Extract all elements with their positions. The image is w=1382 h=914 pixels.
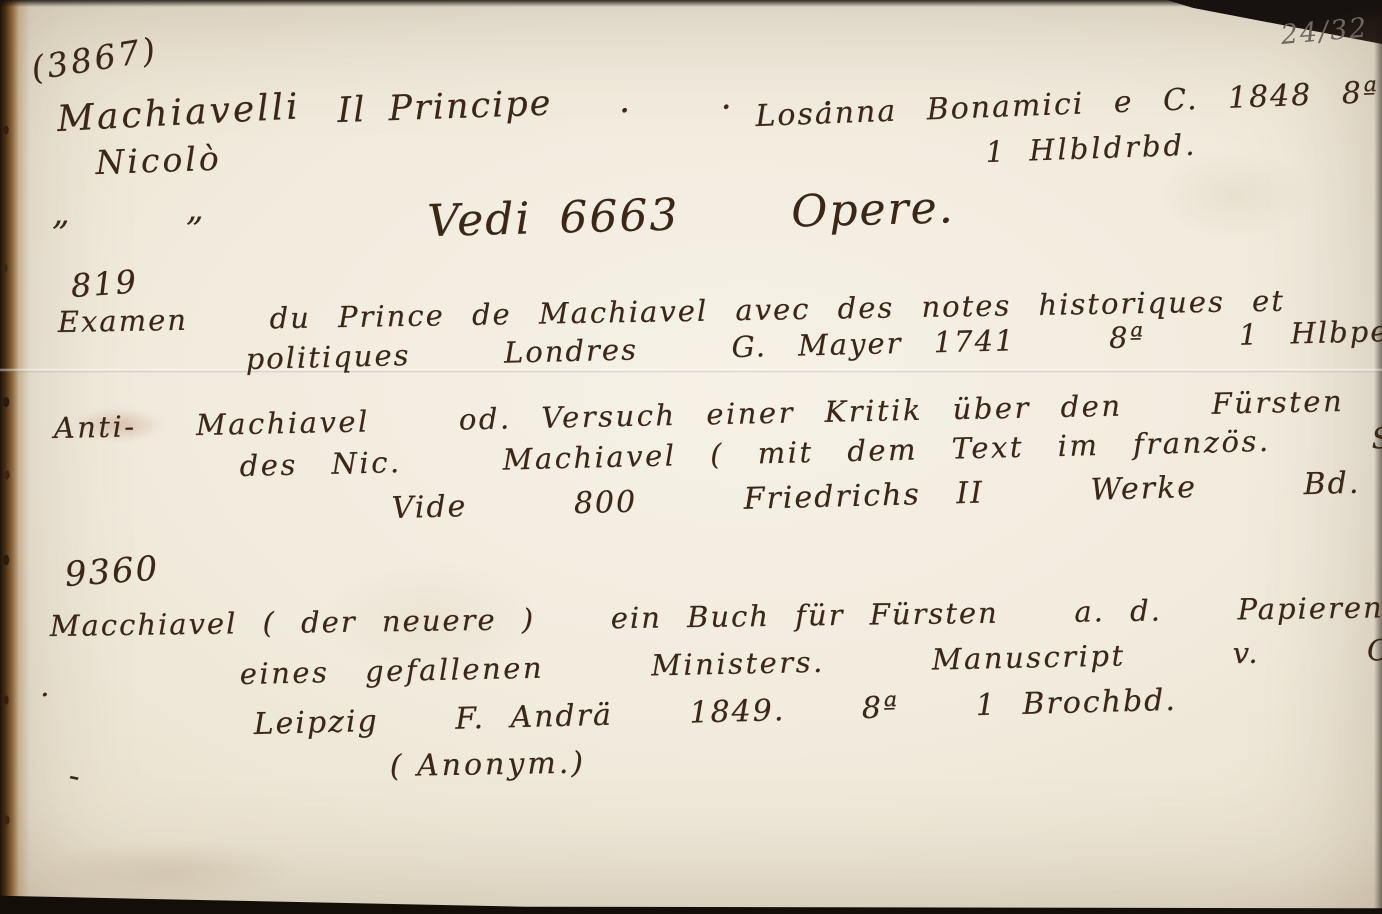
binding-edge xyxy=(0,0,30,914)
entry3-catalog-number: 819 xyxy=(70,265,139,302)
entry2-ditto-right: „ xyxy=(186,192,204,226)
entry5-catalog-number: 9360 xyxy=(64,551,161,592)
entry5-line4: ( Anonym.) xyxy=(389,749,586,782)
page-right-edge xyxy=(1374,0,1382,914)
folio-number: 24/32 xyxy=(1280,14,1370,49)
manuscript-photo: 24/32 (3867) Machiavelli Il Principe . .… xyxy=(0,0,1382,914)
entry1-author-forename: Nicolò xyxy=(95,142,222,179)
horizontal-crease xyxy=(0,368,1382,373)
margin-dot-mark: . xyxy=(40,672,50,702)
entry2-ditto-left: „ xyxy=(52,196,70,230)
entry1-binding: 1 Hlbldrbd. xyxy=(985,131,1198,167)
